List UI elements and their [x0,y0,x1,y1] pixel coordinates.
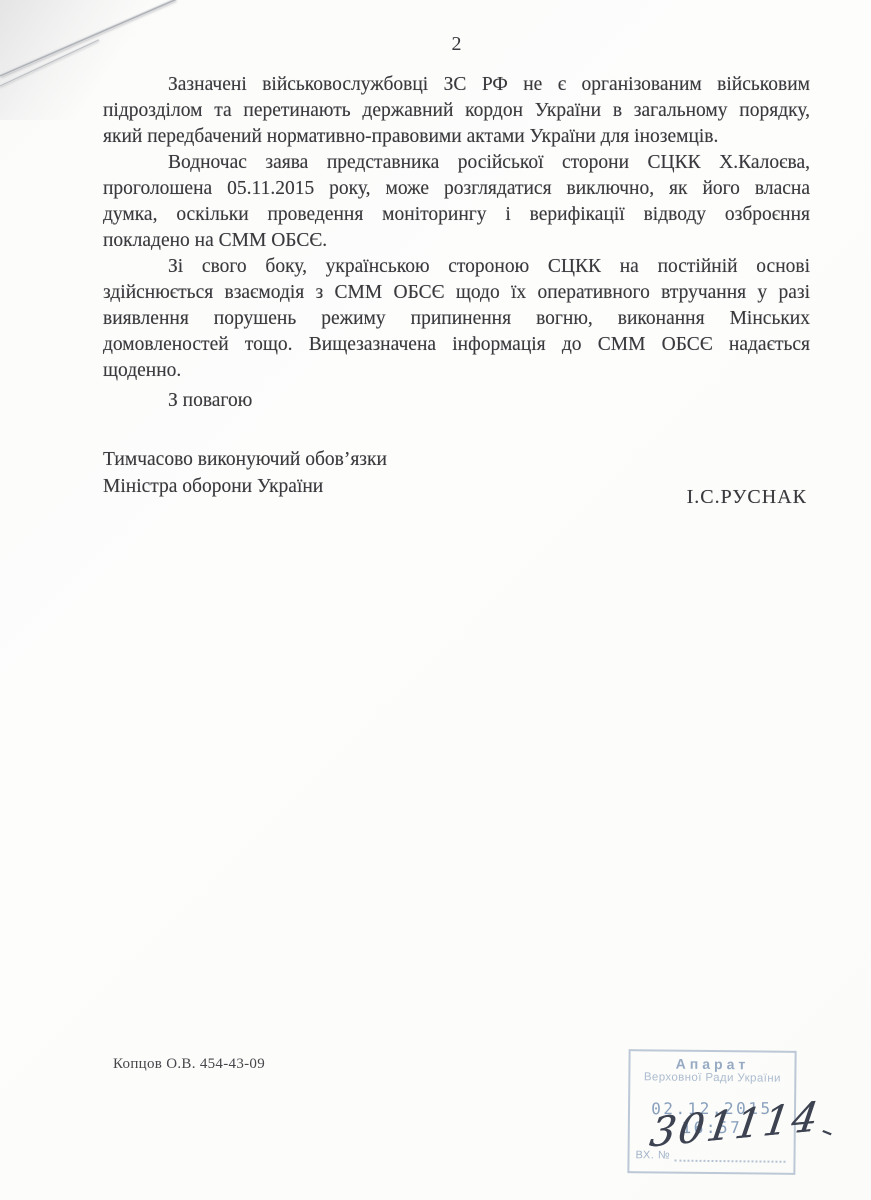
paragraph-1-line-3: який передбачений нормативно-правовими а… [103,124,810,150]
paragraph-2-line-2: проголошена 05.11.2015 року, може розгля… [103,176,810,202]
paragraph-1-line-1: Зазначені військовослужбовці ЗС РФ не є … [103,72,810,98]
paragraph-1-line-2: підрозділом та перетинають державний кор… [103,98,810,124]
paragraph-3-line-3: виявлення порушень режиму припинення вог… [103,306,810,332]
registration-stamp: Апарат Верховної Ради України 02.12.2015… [627,1049,796,1175]
paper-pin-shadow [0,39,99,87]
paragraph-3-line-5: щоденно. [103,358,810,384]
page-number: 2 [103,33,810,56]
letter-body: Зазначені військовослужбовці ЗС РФ не є … [103,72,810,384]
stamp-dotted-line [674,1156,785,1163]
paragraph-2-line-4: покладено на СММ ОБСЄ. [103,228,810,254]
paragraph-3-line-4: домовленостей тощо. Вищезазначена інформ… [103,332,810,358]
scanned-letter-page: 2 Зазначені військовослужбовці ЗС РФ не … [0,0,871,1200]
paragraph-2-line-1: Водночас заява представника російської с… [103,150,810,176]
paragraph-3-line-2: здійснюється взаємодія з СММ ОБСЄ щодо ї… [103,280,810,306]
paragraph-2-line-3: думка, оскільки проведення моніторингу і… [103,202,810,228]
salutation: З повагою [168,390,252,412]
paragraph-3-line-1: Зі свого боку, українською стороною СЦКК… [103,254,810,280]
stamp-org-line-2: Верховної Ради України [630,1071,794,1085]
signer-title: Тимчасово виконуючий обов’язки Міністра … [103,446,387,500]
signer-name: І.С.РУСНАК [687,486,807,509]
stamp-org-line-1: Апарат [630,1055,794,1073]
signer-title-line-1: Тимчасово виконуючий обов’язки [103,446,387,473]
executor-contact: Копцов О.В. 454-43-09 [113,1056,265,1073]
signer-title-line-2: Міністра оборони України [103,473,387,500]
